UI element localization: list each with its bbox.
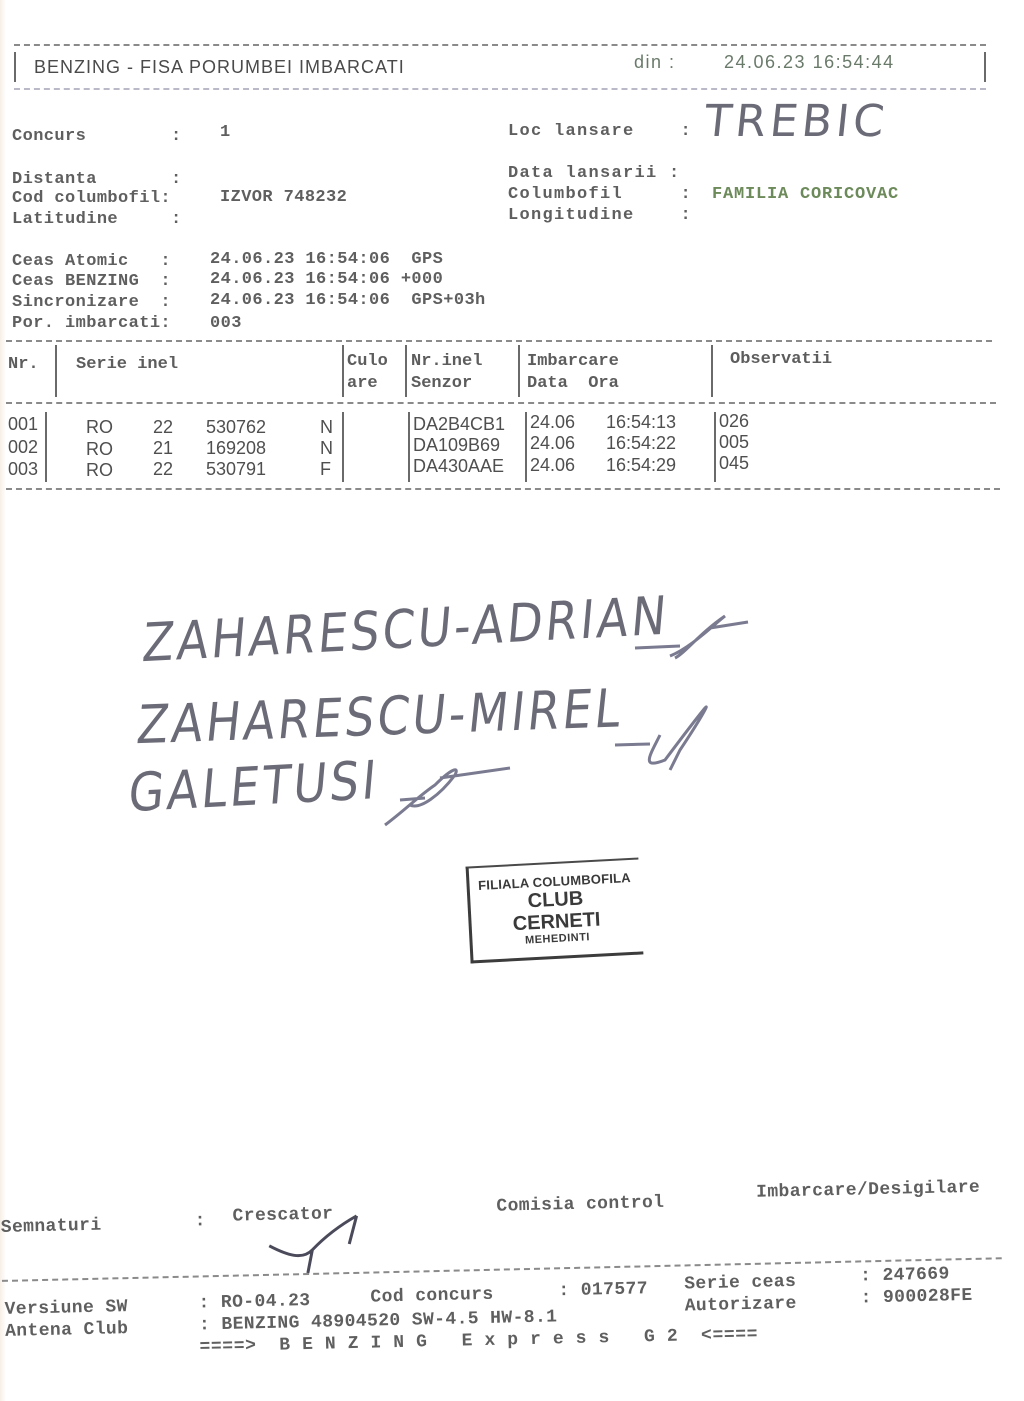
signature-embark-label: Imbarcare/Desigilare: [756, 1178, 980, 1203]
cell-nr: 001: [8, 414, 38, 435]
col-sep: [45, 412, 47, 482]
cell-time: 16:54:22: [606, 433, 676, 454]
cell-time: 16:54:13: [606, 412, 676, 433]
cell-sensor: DA2B4CB1: [413, 414, 505, 435]
col-header-data-ora: Data Ora: [527, 374, 619, 393]
cell-nr: 002: [8, 437, 38, 458]
sw-version-label: Versiune SW: [4, 1297, 128, 1320]
header-top-border: [14, 44, 986, 46]
col-header-serie-inel: Serie inel: [76, 355, 178, 374]
info-label-longitudine: Longitudine :: [508, 206, 692, 225]
clock-label-benzing: Ceas BENZING :: [12, 272, 171, 291]
document-footer: Semnaturi : Crescator Comisia control Im…: [0, 1147, 1024, 1370]
signatures-label: Semnaturi: [1, 1216, 102, 1238]
clock-value-atomic: 24.06.23 16:54:06 GPS: [210, 250, 443, 269]
document-header: BENZING - FISA PORUMBEI IMBARCATI din : …: [14, 44, 986, 88]
cell-sensor: DA430AAE: [413, 456, 504, 477]
cell-ring: 169208: [206, 438, 266, 459]
race-code-label: Cod concurs: [370, 1285, 494, 1308]
breeder-signature-mark: [267, 1213, 378, 1275]
cell-country: RO: [86, 460, 113, 481]
header-bottom-border: [14, 88, 986, 90]
cell-date: 24.06: [530, 455, 575, 476]
cell-ring: 530791: [206, 459, 266, 480]
clock-label-atomic: Ceas Atomic :: [12, 252, 171, 271]
info-label-concurs: Concurs :: [12, 127, 182, 146]
col-sep: [342, 345, 344, 397]
info-label-loc-lansare: Loc lansare :: [508, 122, 692, 141]
signature-control-label: Comisia control: [496, 1193, 664, 1217]
printed-from-label: din :: [634, 52, 676, 73]
pigeons-embarked-label: Por. imbarcati:: [12, 314, 171, 333]
cell-obs: 026: [719, 411, 749, 432]
race-code-value: : 017577: [558, 1279, 648, 1301]
header-right-border: [984, 52, 986, 82]
club-antenna-label: Antena Club: [5, 1319, 129, 1342]
col-header-senzor: Senzor: [411, 374, 472, 393]
signatures-colon: :: [194, 1211, 206, 1231]
signature-mark-2: [610, 700, 720, 775]
cell-year: 22: [153, 459, 173, 480]
signature-mark-3: [380, 760, 520, 830]
pigeons-embarked-value: 003: [210, 314, 242, 333]
table-top-rule: [6, 340, 992, 342]
cell-date: 24.06: [530, 433, 575, 454]
handwritten-name-1: ZAHARESCU-ADRIAN: [140, 584, 672, 674]
col-header-observatii: Observatii: [730, 350, 832, 369]
footer-rule: [2, 1257, 1002, 1282]
info-value-cod-columbofil: IZVOR 748232: [220, 188, 347, 207]
col-sep: [408, 412, 410, 482]
cell-country: RO: [86, 417, 113, 438]
cell-year: 22: [153, 417, 173, 438]
cell-obs: 045: [719, 453, 749, 474]
clock-serial-value: : 247669: [860, 1264, 950, 1286]
cell-sensor: DA109B69: [413, 435, 500, 456]
col-header-nr: Nr.: [8, 355, 39, 374]
sw-version-value: : RO-04.23: [198, 1291, 310, 1314]
cell-time: 16:54:29: [606, 455, 676, 476]
info-label-latitudine: Latitudine :: [12, 210, 182, 229]
clock-value-sync: 24.06.23 16:54:06 GPS+03h: [210, 291, 486, 310]
clock-serial-label: Serie ceas: [684, 1272, 796, 1295]
authorization-value: : 900028FE: [860, 1286, 972, 1309]
handwritten-name-3: GALETUSI: [126, 748, 381, 824]
cell-nr: 003: [8, 459, 38, 480]
info-label-data-lansarii: Data lansarii :: [508, 164, 681, 183]
col-sep: [714, 412, 716, 482]
col-sep: [711, 345, 713, 397]
info-value-columbofil: FAMILIA CORICOVAC: [712, 185, 899, 204]
handwritten-name-2: ZAHARESCU-MIREL: [134, 677, 627, 756]
cell-country: RO: [86, 439, 113, 460]
header-left-border: [14, 52, 16, 82]
cell-obs: 005: [719, 432, 749, 453]
info-label-columbofil: Columbofil :: [508, 185, 692, 204]
printed-timestamp: 24.06.23 16:54:44: [724, 52, 895, 73]
document-title: BENZING - FISA PORUMBEI IMBARCATI: [34, 57, 405, 78]
cell-year: 21: [153, 438, 173, 459]
clock-label-sync: Sincronizare :: [12, 293, 171, 312]
authorization-label: Autorizare: [685, 1294, 797, 1317]
table-header-rule: [6, 402, 996, 404]
col-header-culoare: Culo: [347, 352, 388, 371]
col-header-culoare-2: are: [347, 374, 378, 393]
clock-value-benzing: 24.06.23 16:54:06 +000: [210, 270, 443, 289]
cell-sex: N: [320, 438, 333, 459]
club-stamp: FILIALA COLUMBOFILA CLUB CERNETI MEHEDIN…: [466, 858, 644, 964]
col-sep: [518, 345, 520, 397]
signature-mark-1: [630, 608, 760, 668]
cell-sex: F: [320, 459, 331, 480]
cell-sex: N: [320, 417, 333, 438]
info-value-concurs: 1: [220, 123, 231, 142]
cell-date: 24.06: [530, 412, 575, 433]
col-header-nr-inel: Nr.inel: [411, 352, 482, 371]
col-sep: [55, 345, 57, 397]
col-sep: [525, 412, 527, 482]
info-label-distanta: Distanta :: [12, 170, 182, 189]
col-header-imbarcare: Imbarcare: [527, 352, 619, 371]
table-bottom-rule: [6, 488, 1000, 490]
info-label-cod-columbofil: Cod columbofil:: [12, 189, 171, 208]
info-value-loc-lansare-handwritten: TREBIC: [702, 96, 891, 147]
col-sep: [342, 412, 344, 482]
col-sep: [405, 345, 407, 397]
cell-ring: 530762: [206, 417, 266, 438]
